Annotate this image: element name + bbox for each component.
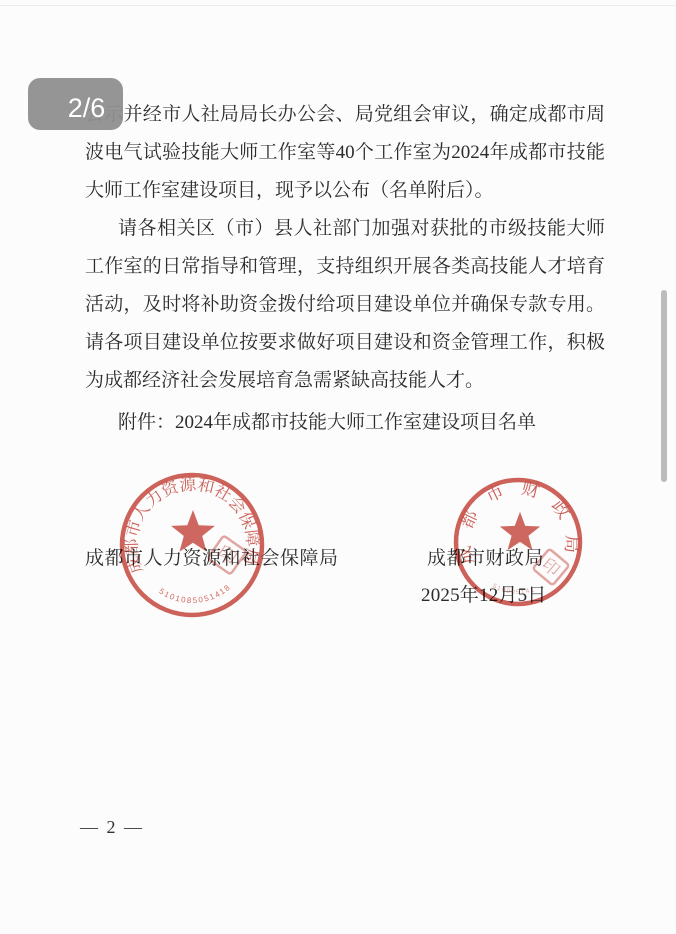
scrollbar-thumb[interactable] [661, 290, 667, 482]
footer-page-number: — 2 — [80, 817, 144, 838]
body-line: 波电气试验技能大师工作室等40个工作室为2024年成都市技能 [85, 138, 605, 170]
scan-edge-line [0, 5, 676, 6]
attachment-line: 附件：2024年成都市技能大师工作室建设项目名单 [85, 408, 605, 440]
signature-org-right: 成都市财政局 [427, 546, 544, 572]
seal-ring [122, 475, 262, 615]
svg-text:5101085051418: 5101085051418 [157, 582, 232, 605]
body-line: 大师工作室建设项目，现予以公布（名单附后）。 [85, 176, 605, 208]
seal-star-icon [500, 512, 540, 550]
seal-code-number: 5101085051418 [157, 582, 232, 605]
official-seal-hr-bureau: 成都市人力资源和社会保障局 印 5101085051418 [117, 470, 267, 620]
page-indicator-badge: 2/6 [28, 78, 123, 130]
body-line: 为成都经济社会发展培育急需紧缺高技能人才。 [85, 366, 605, 398]
body-line: 活动，及时将补助资金拨付给项目建设单位并确保专款专用。 [85, 290, 605, 322]
body-line: 公示并经市人社局局长办公会、局党组会审议，确定成都市周 [85, 100, 605, 132]
page-indicator-label: 2/6 [68, 93, 106, 124]
signature-org-left: 成都市人力资源和社会保障局 [85, 546, 339, 572]
body-line: 请各相关区（市）县人社部门加强对获批的市级技能大师 [85, 214, 605, 246]
body-line: 工作室的日常指导和管理，支持组织开展各类高技能人才培育 [85, 252, 605, 284]
signature-date: 2025年12月5日 [421, 583, 547, 609]
body-line: 请各项目建设单位按要求做好项目建设和资金管理工作，积极 [85, 328, 605, 360]
